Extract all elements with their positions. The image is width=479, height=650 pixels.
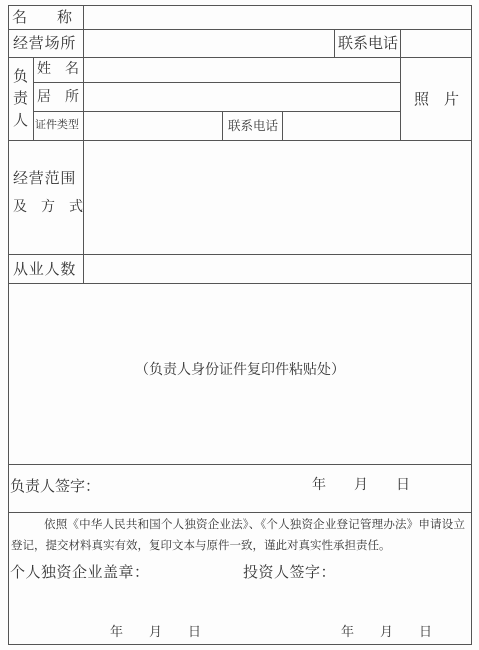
residence-label: 居 所 bbox=[37, 90, 79, 107]
enterprise-seal-label: 个人独资企业盖章： bbox=[10, 564, 150, 582]
grid-line-h bbox=[8, 464, 472, 465]
grid-line-h bbox=[8, 512, 472, 513]
grid-line-v bbox=[33, 57, 34, 140]
id-copy-paste-placeholder: （负责人身份证件复印件粘贴处） bbox=[8, 363, 472, 380]
table-border-bottom bbox=[8, 644, 472, 645]
name-label: 名 称 bbox=[12, 9, 72, 27]
responsible-name-value-cell bbox=[84, 58, 399, 81]
residence-value-cell bbox=[84, 83, 399, 110]
employees-label: 从业人数 bbox=[13, 261, 76, 279]
scope-label-line2: 及 方 式 bbox=[13, 200, 83, 217]
declaration-statement: 依照《中华人民共和国个人独资企业法》、《个人独资企业登记管理办法》申请设立登记，… bbox=[11, 515, 465, 557]
scope-label-line1: 经营范围 bbox=[13, 170, 76, 188]
responsible-phone-value-cell bbox=[283, 112, 399, 139]
id-type-value-cell bbox=[84, 112, 221, 139]
id-type-label: 证件类型 bbox=[35, 119, 79, 132]
registration-form-page: 名 称 经营场所 联系电话 负责人 姓 名 居 所 证件类型 联系电话 照 片 … bbox=[0, 0, 479, 650]
employees-value-cell bbox=[84, 255, 470, 282]
scope-value-cell bbox=[84, 141, 470, 253]
premises-phone-label: 联系电话 bbox=[338, 35, 398, 53]
table-border-top bbox=[8, 5, 472, 6]
responsible-name-label: 姓 名 bbox=[37, 62, 79, 79]
responsible-signature-date: 年 月 日 bbox=[312, 478, 410, 495]
name-value-cell bbox=[84, 7, 470, 28]
responsible-signature-label: 负责人签字： bbox=[10, 478, 100, 496]
premises-value-cell bbox=[84, 31, 333, 56]
grid-line-h bbox=[8, 29, 472, 30]
premises-label: 经营场所 bbox=[13, 35, 76, 53]
premises-phone-value-cell bbox=[402, 31, 470, 56]
photo-label: 照 片 bbox=[414, 91, 459, 109]
responsible-person-label: 负责人 bbox=[12, 66, 29, 132]
grid-line-v bbox=[334, 29, 335, 57]
investor-date: 年 月 日 bbox=[341, 624, 432, 640]
seal-date: 年 月 日 bbox=[110, 624, 201, 640]
investor-signature-label: 投资人签字： bbox=[243, 564, 336, 582]
grid-line-v bbox=[222, 111, 223, 140]
table-border-right bbox=[471, 5, 472, 645]
responsible-phone-label: 联系电话 bbox=[228, 119, 278, 134]
